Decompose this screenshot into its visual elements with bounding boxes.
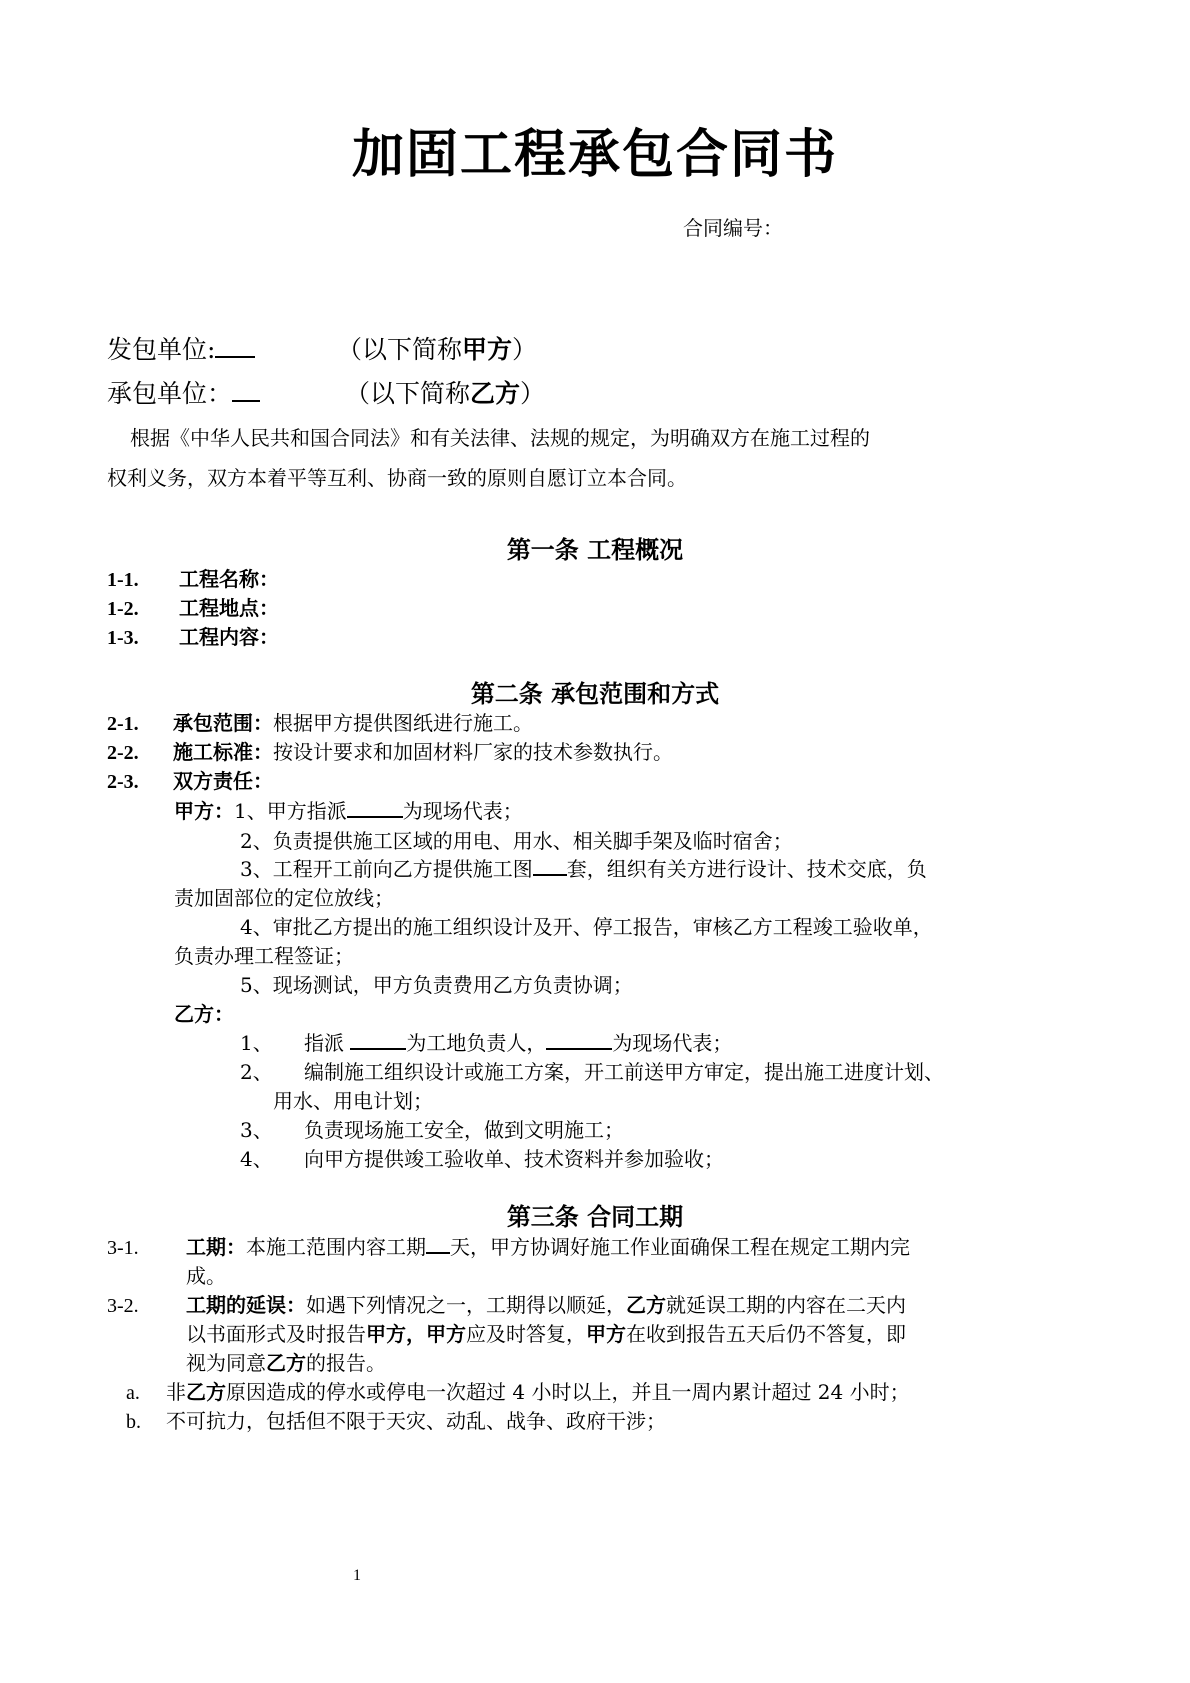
duty-text: 3、工程开工前向乙方提供施工图 <box>240 857 533 881</box>
item-text-bold: 甲方，甲方 <box>366 1322 466 1346</box>
party-a-duty-4: 4、审批乙方提出的施工组织设计及开、停工报告，审核乙方工程竣工验收单， <box>240 911 933 940</box>
item-number: 1-3. <box>107 627 179 650</box>
item-label: 施工标准： <box>173 740 273 764</box>
party-a-duties-label: 甲方： <box>174 799 234 823</box>
item-number: 3-2. <box>107 1295 186 1318</box>
duty-text: 编制施工组织设计或施工方案，开工前送甲方审定，提出施工进度计划、 <box>304 1060 944 1084</box>
party-a-line: 发包单位: <box>107 330 255 366</box>
party-b-abbrev: （以下简称乙方） <box>345 374 545 410</box>
duty-text: 指派 <box>304 1031 350 1055</box>
item-label: 双方责任： <box>173 769 273 793</box>
party-b-abbrev-name: 乙方 <box>470 379 520 408</box>
item-label: 承包范围： <box>173 711 273 735</box>
abbrev-suffix: ） <box>512 335 537 364</box>
item-number: 2-3. <box>107 771 173 794</box>
duty-text: 1、甲方指派 <box>234 799 347 823</box>
item-text: 根据甲方提供图纸进行施工。 <box>273 711 533 735</box>
item-text: 视为同意 <box>186 1351 266 1375</box>
party-a-duty-3-cont: 责加固部位的定位放线； <box>174 882 394 911</box>
article-3-sub-b: b.不可抗力，包括但不限于天灾、动乱、战争、政府干涉； <box>126 1405 666 1434</box>
contract-number-label: 合同编号： <box>683 212 783 241</box>
duty-number: 2、 <box>240 1056 304 1085</box>
preamble-line-2: 权利义务，双方本着平等互利、协商一致的原则自愿订立本合同。 <box>107 462 687 491</box>
article-3-sub-a: a.非乙方原因造成的停水或停电一次超过 4 小时以上，并且一周内累计超过 24 … <box>126 1376 910 1405</box>
item-text: 非 <box>166 1380 186 1404</box>
item-text: 不可抗力，包括但不限于天灾、动乱、战争、政府干涉； <box>166 1409 666 1433</box>
item-text-bold: 甲方 <box>586 1322 626 1346</box>
item-text-bold: 乙方 <box>186 1380 226 1404</box>
item-text: 本施工范围内容工期 <box>246 1235 426 1259</box>
item-text: 按设计要求和加固材料厂家的技术参数执行。 <box>273 740 673 764</box>
party-b-duty-3: 3、负责现场施工安全，做到文明施工； <box>240 1114 624 1143</box>
duty-text: 为现场代表； <box>403 799 523 823</box>
party-a-abbrev-name: 甲方 <box>462 335 512 364</box>
sub-item-letter: a. <box>126 1382 166 1405</box>
document-title: 加固工程承包合同书 <box>0 112 1190 187</box>
duty-number: 3、 <box>240 1114 304 1143</box>
item-text: 天，甲方协调好施工作业面确保工程在规定工期内完 <box>450 1235 910 1259</box>
item-text: 应及时答复， <box>466 1322 586 1346</box>
article-3-item-1: 3-1.工期：本施工范围内容工期天，甲方协调好施工作业面确保工程在规定工期内完 <box>107 1231 910 1260</box>
party-a-duty-4-cont: 负责办理工程签证； <box>174 940 354 969</box>
duty-number: 1、 <box>240 1027 304 1056</box>
party-a-duty-1: 甲方：1、甲方指派为现场代表； <box>174 795 523 824</box>
item-text: 以书面形式及时报告 <box>186 1322 366 1346</box>
item-number: 1-1. <box>107 569 179 592</box>
party-b-duty-1: 1、指派 为工地负责人，为现场代表； <box>240 1027 732 1056</box>
representative-blank[interactable] <box>347 798 403 818</box>
party-b-duty-4: 4、向甲方提供竣工验收单、技术资料并参加验收； <box>240 1143 724 1172</box>
article-2-item: 2-1.承包范围：根据甲方提供图纸进行施工。 <box>107 707 533 736</box>
item-text: 的报告。 <box>306 1351 386 1375</box>
item-label: 工期： <box>186 1235 246 1259</box>
duty-text: 套，组织有关方进行设计、技术交底，负 <box>567 857 927 881</box>
item-text: 如遇下列情况之一，工期得以顺延， <box>306 1293 626 1317</box>
article-2-heading: 第二条 承包范围和方式 <box>0 674 1190 709</box>
party-b-duties-label: 乙方： <box>174 998 234 1027</box>
article-2-item: 2-3.双方责任： <box>107 765 273 794</box>
drawing-sets-blank[interactable] <box>533 856 567 876</box>
duration-days-blank[interactable] <box>426 1234 450 1254</box>
item-number: 3-1. <box>107 1237 186 1260</box>
abbrev-prefix: （以下简称 <box>337 335 462 364</box>
page-number: 1 <box>353 1567 361 1585</box>
party-a-duty-5: 5、现场测试，甲方负责费用乙方负责协调； <box>240 969 633 998</box>
party-a-duty-2: 2、负责提供施工区域的用电、用水、相关脚手架及临时宿舍； <box>240 825 793 854</box>
article-2-item: 2-2.施工标准：按设计要求和加固材料厂家的技术参数执行。 <box>107 736 673 765</box>
preamble-line-1: 根据《中华人民共和国合同法》和有关法律、法规的规定，为明确双方在施工过程的 <box>130 422 870 451</box>
sub-item-letter: b. <box>126 1411 166 1434</box>
article-3-item-1-cont: 成。 <box>186 1260 226 1289</box>
party-a-label: 发包单位: <box>107 335 215 364</box>
duty-text: 为工地负责人， <box>406 1031 546 1055</box>
duty-number: 4、 <box>240 1143 304 1172</box>
item-number: 2-2. <box>107 742 173 765</box>
item-number: 2-1. <box>107 713 173 736</box>
article-1-item: 1-2.工程地点： <box>107 592 279 621</box>
item-text: 就延误工期的内容在二天内 <box>666 1293 906 1317</box>
item-label: 工程内容： <box>179 625 279 649</box>
article-3-item-2: 3-2.工期的延误：如遇下列情况之一，工期得以顺延，乙方就延误工期的内容在二天内 <box>107 1289 906 1318</box>
party-b-blank[interactable] <box>232 378 260 402</box>
article-1-item: 1-1.工程名称： <box>107 563 279 592</box>
party-b-line: 承包单位： <box>107 374 260 410</box>
item-label: 工程地点： <box>179 596 279 620</box>
party-b-label: 承包单位： <box>107 379 232 408</box>
abbrev-suffix: ） <box>520 379 545 408</box>
item-text: 原因造成的停水或停电一次超过 4 小时以上，并且一周内累计超过 24 小时； <box>226 1380 910 1404</box>
duty-text: 向甲方提供竣工验收单、技术资料并参加验收； <box>304 1147 724 1171</box>
duty-text: 负责现场施工安全，做到文明施工； <box>304 1118 624 1142</box>
party-b-duty-2: 2、编制施工组织设计或施工方案，开工前送甲方审定，提出施工进度计划、 <box>240 1056 944 1085</box>
item-text: 在收到报告五天后仍不答复，即 <box>626 1322 906 1346</box>
article-1-heading: 第一条 工程概况 <box>0 530 1190 565</box>
article-1-item: 1-3.工程内容： <box>107 621 279 650</box>
item-text-bold: 乙方 <box>626 1293 666 1317</box>
item-text-bold: 乙方 <box>266 1351 306 1375</box>
item-label: 工程名称： <box>179 567 279 591</box>
article-3-item-2-line-3: 视为同意乙方的报告。 <box>186 1347 386 1376</box>
item-label: 工期的延误： <box>186 1293 306 1317</box>
party-a-abbrev: （以下简称甲方） <box>337 330 537 366</box>
abbrev-prefix: （以下简称 <box>345 379 470 408</box>
site-representative-blank[interactable] <box>546 1030 612 1050</box>
party-a-blank[interactable] <box>215 334 255 358</box>
item-number: 1-2. <box>107 598 179 621</box>
article-3-item-2-line-2: 以书面形式及时报告甲方，甲方应及时答复，甲方在收到报告五天后仍不答复，即 <box>186 1318 906 1347</box>
party-b-duty-2-cont: 用水、用电计划； <box>273 1085 433 1114</box>
article-3-heading: 第三条 合同工期 <box>0 1197 1190 1232</box>
party-a-duty-3: 3、工程开工前向乙方提供施工图套，组织有关方进行设计、技术交底，负 <box>240 853 927 882</box>
duty-text: 为现场代表； <box>612 1031 732 1055</box>
site-manager-blank[interactable] <box>350 1030 406 1050</box>
